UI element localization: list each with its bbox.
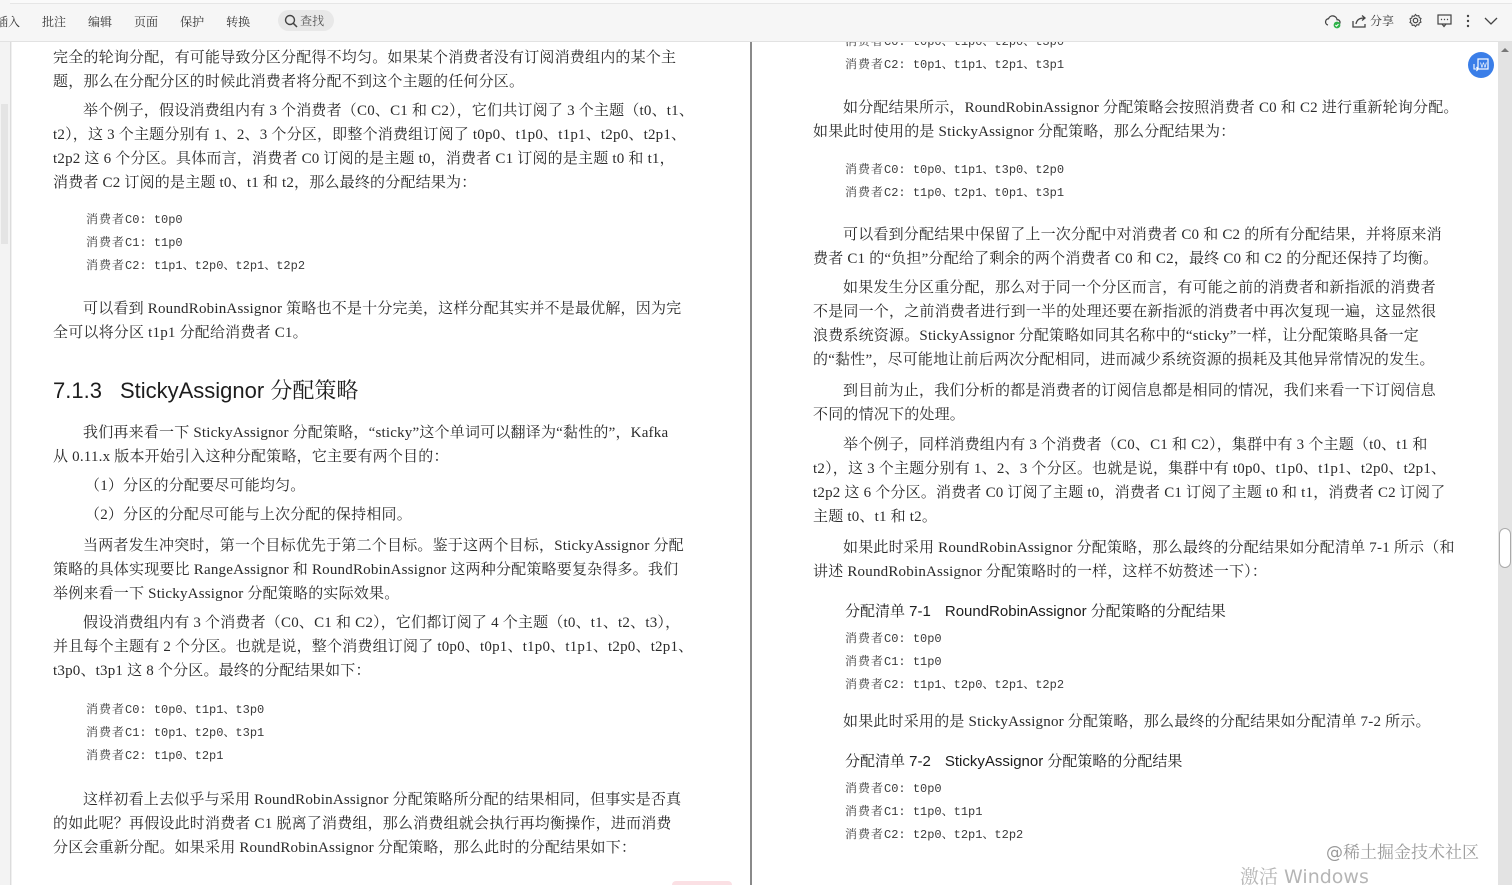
menu-edit[interactable]: 编辑 [88, 13, 112, 30]
paragraph: 完全的轮询分配，有可能导致分区分配得不均匀。如果某个消费者没有订阅消费组内的某个… [53, 46, 696, 94]
list-item: （2）分区的分配尽可能与上次分配的保持相同。 [85, 503, 412, 527]
paragraph: 可以看到 RoundRobinAssignor 策略也不是十分完美，这样分配其实… [53, 297, 696, 345]
code-line: 消费者C2: t2p0、t2p1、t2p2 [845, 823, 1023, 846]
section-title: StickyAssignor 分配策略 [120, 378, 358, 403]
paragraph: 如分配结果所示，RoundRobinAssignor 分配策略会按照消费者 C0… [813, 96, 1456, 144]
top-toolbar: 插入 批注 编辑 页面 保护 转换 查找 分享 [0, 0, 1512, 42]
code-line: 消费者C2: t1p0、t2p1、t0p1、t3p1 [845, 181, 1064, 204]
pdf-page-left: 完全的轮询分配，有可能导致分区分配得不均匀。如果某个消费者没有订阅消费组内的某个… [12, 42, 750, 885]
section-heading: 7.1.3StickyAssignor 分配策略 [53, 374, 358, 405]
menu-annotate[interactable]: 批注 [42, 13, 66, 30]
search-button[interactable]: 查找 [278, 10, 334, 31]
listing-title: 分配清单 7-1RoundRobinAssignor 分配策略的分配结果 [845, 600, 1226, 621]
paragraph: 举个例子，假设消费组内有 3 个消费者（C0、C1 和 C2），它们共订阅了 3… [53, 99, 696, 195]
code-line: 消费者C0: t0p0 [86, 208, 305, 231]
cloud-sync-icon [1324, 13, 1342, 29]
code-line: 消费者C1: t0p1、t2p0、t3p1 [86, 721, 264, 744]
comment-icon [1437, 14, 1452, 28]
code-block: 消费者C0: t0p0、t1p0、t2p0、t3p0 消费者C2: t0p1、t… [845, 42, 1064, 76]
decorative-blob [672, 881, 732, 885]
collapse-button[interactable] [1484, 17, 1498, 25]
paragraph: 当两者发生冲突时，第一个目标优先于第二个目标。鉴于这两个目标，StickyAss… [53, 534, 696, 606]
code-line: 消费者C0: t0p0 [845, 627, 1064, 650]
convert-word-icon: W [1473, 58, 1489, 72]
gear-icon [1408, 13, 1423, 28]
list-item: （1）分区的分配要尽可能均匀。 [85, 474, 306, 498]
code-line: 消费者C1: t1p0 [845, 650, 1064, 673]
code-line: 消费者C2: t1p0、t2p1 [86, 744, 264, 767]
paragraph: 如果发生分区重分配，那么对于同一个分区而言，有可能之前的消费者和新指派的消费者 … [813, 276, 1456, 372]
section-number: 7.1.3 [53, 378, 102, 403]
code-line: 消费者C2: t1p1、t2p0、t2p1、t2p2 [86, 254, 305, 277]
title-bar-edge [10, 0, 1512, 4]
scrollbar-thumb[interactable] [1499, 528, 1511, 568]
code-block: 消费者C0: t0p0 消费者C1: t1p0 消费者C2: t1p1、t2p0… [86, 208, 305, 277]
code-block: 消费者C0: t0p0、t1p1、t3p0、t2p0 消费者C2: t1p0、t… [845, 158, 1064, 204]
left-panel-edge [0, 42, 11, 885]
code-line: 消费者C2: t0p1、t1p1、t2p1、t3p1 [845, 53, 1064, 76]
code-block: 消费者C0: t0p0 消费者C1: t1p0 消费者C2: t1p1、t2p0… [845, 627, 1064, 696]
share-icon [1352, 14, 1368, 28]
vertical-scrollbar[interactable] [1498, 42, 1512, 885]
settings-button[interactable] [1408, 13, 1423, 28]
more-button[interactable] [1466, 14, 1470, 28]
menu-bar: 插入 批注 编辑 页面 保护 转换 查找 [0, 12, 334, 31]
pdf-page-right: 消费者C0: t0p0、t1p0、t2p0、t3p0 消费者C2: t0p1、t… [752, 42, 1498, 885]
more-icon [1466, 14, 1470, 28]
paragraph: 我们再来看一下 StickyAssignor 分配策略，“sticky”这个单词… [53, 421, 696, 469]
code-line: 消费者C0: t0p0、t1p1、t3p0 [86, 698, 264, 721]
toolbar-right-actions: 分享 [1310, 12, 1498, 29]
paragraph: 可以看到分配结果中保留了上一次分配中对消费者 C0 和 C2 的所有分配结果，并… [813, 223, 1456, 271]
chevron-down-icon [1484, 17, 1498, 25]
code-line: 消费者C1: t1p0、t1p1 [845, 800, 1023, 823]
menu-protect[interactable]: 保护 [180, 13, 204, 30]
code-line: 消费者C1: t1p0 [86, 231, 305, 254]
svg-text:W: W [1480, 62, 1487, 70]
search-icon [284, 14, 298, 28]
menu-convert[interactable]: 转换 [226, 13, 250, 30]
share-label: 分享 [1370, 12, 1394, 29]
left-scroll-thumb[interactable] [1, 104, 8, 244]
scroll-up-arrow-icon[interactable] [1501, 48, 1509, 52]
paragraph: 如果此时采用的是 StickyAssignor 分配策略，那么最终的分配结果如分… [843, 710, 1463, 734]
windows-activation-watermark: 激活 Windows [1240, 862, 1369, 885]
paragraph: 如果此时采用 RoundRobinAssignor 分配策略，那么最终的分配结果… [813, 536, 1456, 584]
code-block: 消费者C0: t0p0 消费者C1: t1p0、t1p1 消费者C2: t2p0… [845, 777, 1023, 846]
paragraph: 到目前为止，我们分析的都是消费者的订阅信息都是相同的情况，我们来看一下订阅信息 … [813, 379, 1456, 427]
code-line: 消费者C0: t0p0 [845, 777, 1023, 800]
menu-page[interactable]: 页面 [134, 13, 158, 30]
code-line: 消费者C2: t1p1、t2p0、t2p1、t2p2 [845, 673, 1064, 696]
code-block: 消费者C0: t0p0、t1p1、t3p0 消费者C1: t0p1、t2p0、t… [86, 698, 264, 767]
code-line: 消费者C0: t0p0、t1p0、t2p0、t3p0 [845, 42, 1064, 53]
listing-title: 分配清单 7-2StickyAssignor 分配策略的分配结果 [845, 750, 1182, 771]
comment-button[interactable] [1437, 14, 1452, 28]
cloud-sync-button[interactable] [1324, 13, 1342, 29]
paragraph: 举个例子，同样消费组内有 3 个消费者（C0、C1 和 C2），集群中有 3 个… [813, 433, 1456, 529]
site-watermark: @稀土掘金技术社区 [1326, 838, 1479, 863]
share-button[interactable]: 分享 [1352, 12, 1394, 29]
convert-to-word-button[interactable]: W [1468, 52, 1494, 78]
paragraph: 假设消费组内有 3 个消费者（C0、C1 和 C2），它们都订阅了 4 个主题（… [53, 611, 696, 683]
search-label: 查找 [300, 12, 324, 29]
paragraph: 这样初看上去似乎与采用 RoundRobinAssignor 分配策略所分配的结… [53, 788, 696, 860]
menu-insert[interactable]: 插入 [0, 13, 20, 30]
code-line: 消费者C0: t0p0、t1p1、t3p0、t2p0 [845, 158, 1064, 181]
